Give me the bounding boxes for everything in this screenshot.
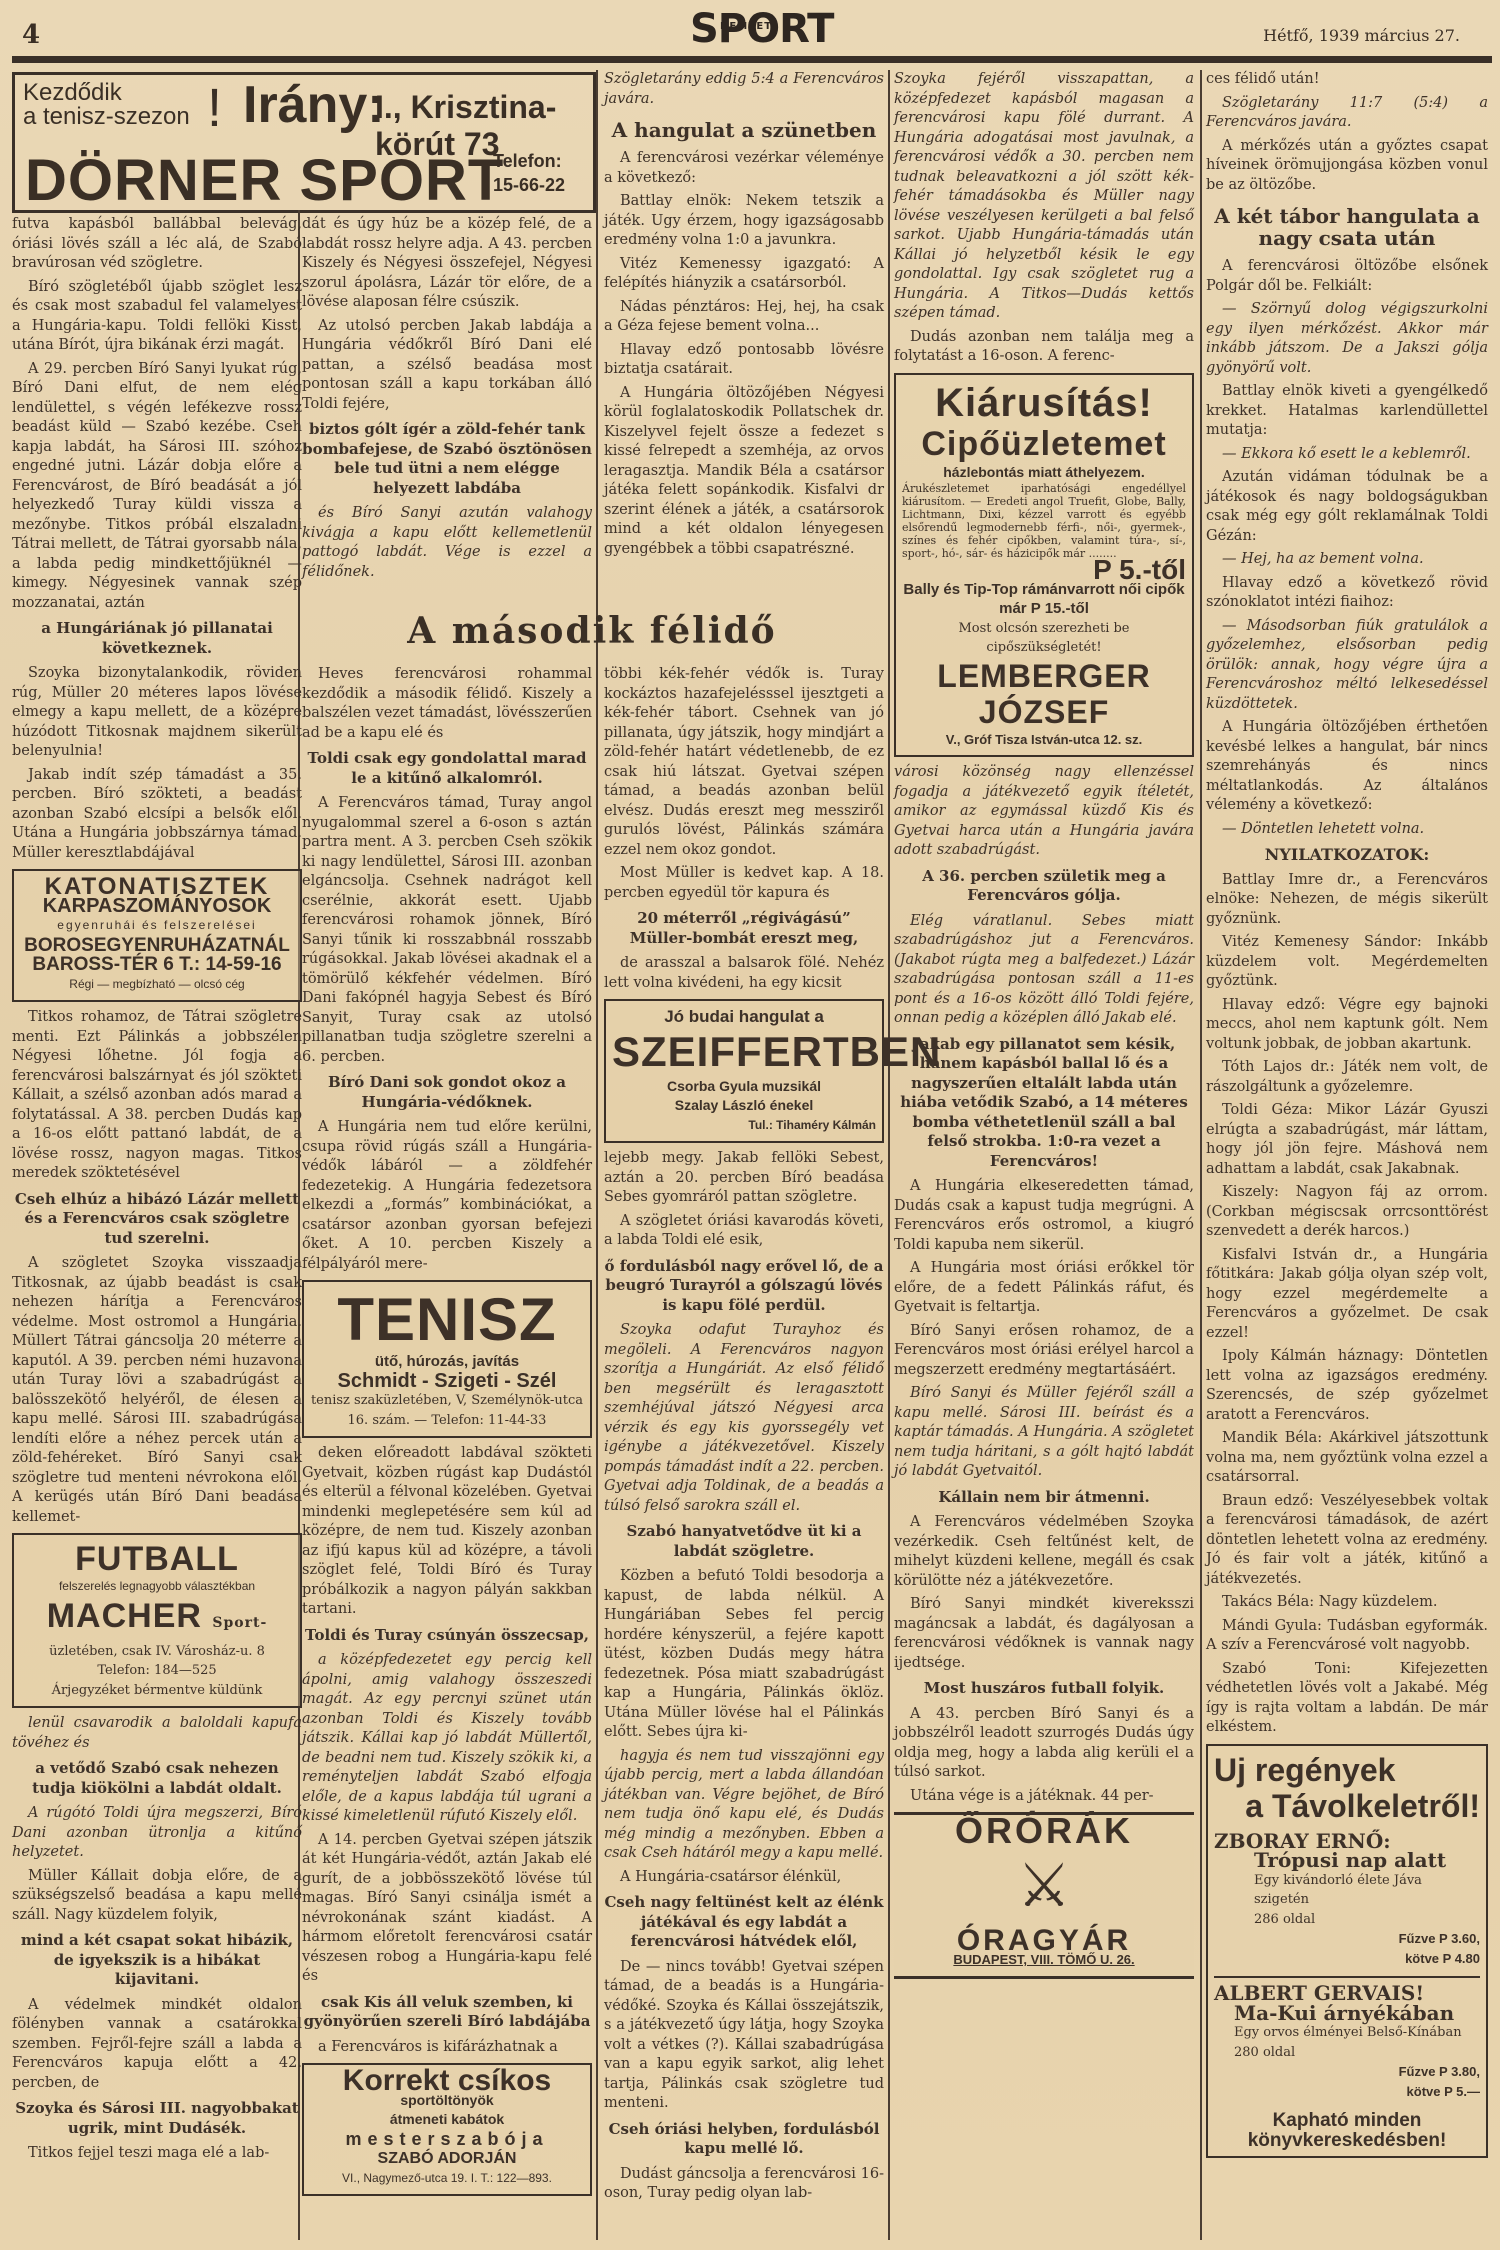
paragraph: A Hungária öltözőjében Négyesi körül fog… — [604, 384, 884, 560]
paragraph: Szögletarány 11:7 (5:4) a Ferencváros ja… — [1206, 94, 1488, 133]
ad-line: felszerelés legnagyobb választékban — [20, 1577, 294, 1597]
paragraph: Nádas pénztáros: Hej, hej, ha csak a Géz… — [604, 298, 884, 337]
ad-line: TENISZ — [310, 1288, 584, 1352]
paragraph: A 43. percben Bíró Sanyi és a jobbszélrő… — [894, 1705, 1194, 1783]
column-3-bottom: többi kék-fehér védők is. Turay kockázto… — [604, 665, 884, 2208]
paragraph: Mandik Béla: Akárkivel játszottunk volna… — [1206, 1429, 1488, 1488]
ad-line: KATONATISZTEK — [20, 877, 294, 897]
ad-books-tavolkelet: Uj regények a Távolkeletről! ZBORAY ERNŐ… — [1206, 1744, 1488, 2159]
paragraph: Braun edző: Veszélyesebbek voltak a fere… — [1206, 1492, 1488, 1590]
subhead: a vetődő Szabó csak nehezen tudja kiököl… — [12, 1759, 302, 1798]
subhead: NYILATKOZATOK: — [1206, 845, 1488, 865]
column-2-bottom: Heves ferencvárosi rohammal kezdődik a m… — [302, 665, 592, 2202]
paragraph: Most Müller is kedvet kap. A 18. percben… — [604, 864, 884, 903]
column-2-top: dát és úgy húz be a közép felé, de a lab… — [302, 215, 592, 586]
subhead: a Hungáriának jó pillanatai következnek. — [12, 619, 302, 658]
ad-line: ALBERT GERVAIS! — [1214, 1976, 1480, 2004]
paragraph: Szabó Toni: Kifejezetten védhetetlen löv… — [1206, 1660, 1488, 1738]
paragraph: Ipoly Kálmán háznagy: Döntetlen lett vol… — [1206, 1347, 1488, 1425]
ad-line: Egy orvos élményei Belső-Kínában — [1214, 2023, 1480, 2043]
ad-line: tenisz szaküzletében, V, Személynök-utca… — [310, 1391, 584, 1430]
paragraph: A ferencvárosi öltözőbe elsőnek Polgár d… — [1206, 257, 1488, 296]
newspaper-logo: NEMZETI SPORT — [690, 2, 810, 56]
paragraph: Szoyka odafut Turayhoz és megöleli. A Fe… — [604, 1321, 884, 1516]
issue-date: Hétfő, 1939 március 27. — [1263, 26, 1460, 45]
paragraph: A Hungária elkeseredetten támad, Dudás c… — [894, 1177, 1194, 1255]
ad-tenisz-schmidt: TENISZ ütő, húrozás, javítás Schmidt - S… — [302, 1280, 592, 1438]
ad-line: 286 oldal — [1214, 1910, 1480, 1930]
ad-line: Cipőüzletemet — [902, 425, 1186, 463]
subhead: Toldi csak egy gondolattal marad le a ki… — [302, 749, 592, 788]
ad-line: V., Gróf Tisza István-utca 12. sz. — [902, 730, 1186, 750]
subhead: Most huszáros futball folyik. — [894, 1679, 1194, 1699]
headline-second-half: A második félidő — [302, 610, 882, 652]
ad-kiarusitas-lemberger: Kiárusítás! Cipőüzletemet házlebontás mi… — [894, 373, 1194, 758]
subhead: Cseh nagy feltünést kelt az élénk játéká… — [604, 1893, 884, 1952]
ad-line: Schmidt - Szigeti - Szél — [310, 1372, 584, 1392]
ad-dorner-sport: Kezdődika tenisz-szezon ! Irány: I., Kri… — [12, 72, 596, 213]
guard-figure-icon: ⚔ — [900, 1841, 1188, 1931]
ad-line: ütő, húrozás, javítás — [310, 1352, 584, 1372]
ad-line: Csorba Gyula muzsikál — [612, 1077, 876, 1097]
ad-line: VI., Nagymező-utca 19. I. T.: 122—893. — [310, 2169, 584, 2189]
paragraph: Hlavay edző a következő rövid szónoklato… — [1206, 574, 1488, 613]
paragraph: Bíró Sanyi erősen rohamoz, de a Ferencvá… — [894, 1322, 1194, 1381]
ad-ororak: ŐRÓRÁK ⚔ ÓRAGYÁR BUDAPEST, VIII. TÖMŐ U.… — [894, 1812, 1194, 1979]
ad-dorner-telephone: Telefon:15-66-22 — [493, 149, 565, 197]
ad-line: BOROSEGYENRUHÁZATNÁL — [20, 936, 294, 956]
paragraph: városi közönség nagy ellenzéssel fogadja… — [894, 763, 1194, 861]
column-3-top: Szögletarány eddig 5:4 a Ferencváros jav… — [604, 70, 884, 563]
paragraph: Heves ferencvárosi rohammal kezdődik a m… — [302, 665, 592, 743]
paragraph: A Hungária-csatársor élénkül, — [604, 1868, 884, 1888]
paragraph: A Ferencváros támad, Turay angol nyugalo… — [302, 794, 592, 1067]
subhead: Toldi és Turay csúnyán összecsap, — [302, 1626, 592, 1646]
paragraph: A védelmek mindkét oldalon fölényben van… — [12, 1996, 302, 2094]
logo-prefix: NEMZETI — [720, 0, 777, 54]
ad-line: Most olcsón szerezheti be cipőszükséglet… — [902, 619, 1186, 658]
paragraph: Vitéz Kemenesy Sándor: Inkább küzdelem v… — [1206, 933, 1488, 992]
paragraph: Jakab indít szép támadást a 35. percben.… — [12, 766, 302, 864]
paragraph: és Bíró Sanyi azután valahogy kivágja a … — [302, 504, 592, 582]
paragraph: A ferencvárosi vezérkar véleménye a köve… — [604, 149, 884, 188]
paragraph: — Hej, ha az bement volna. — [1206, 550, 1488, 570]
ad-price: Fűzve P 3.60, — [1214, 1929, 1480, 1949]
paragraph: Elég váratlanul. Sebes miatt szabadrúgás… — [894, 912, 1194, 1029]
ad-line: Tul.: Tihaméry Kálmán — [612, 1116, 876, 1136]
subhead: Bíró Dani sok gondot okoz a Hungária-véd… — [302, 1073, 592, 1112]
paragraph: Dudás azonban nem találja meg a folytatá… — [894, 328, 1194, 367]
paragraph: A szögletet óriási kavarodás követi, a l… — [604, 1212, 884, 1251]
paragraph: Battlay elnök kiveti a gyengélkedő krekk… — [1206, 382, 1488, 441]
paragraph: Közben a befutó Toldi besodorja a kapust… — [604, 1567, 884, 1743]
paragraph: Bíró Sanyi mindkét kivereksszi magáncsak… — [894, 1595, 1194, 1673]
paragraph: — Döntetlen lehetett volna. — [1206, 820, 1488, 840]
paragraph: Szoyka bizonytalankodik, röviden rúg, Mü… — [12, 664, 302, 762]
paragraph: A 29. percben Bíró Sanyi lyukat rúg, Bír… — [12, 360, 302, 614]
ad-line: SZABÓ ADORJÁN — [310, 2149, 584, 2169]
ad-line: FUTBALL — [20, 1541, 294, 1577]
subhead: biztos gólt ígér a zöld-fehér tank bomba… — [302, 420, 592, 498]
ad-line: Telefon: 184—525 — [20, 1661, 294, 1681]
paragraph: Hlavay edző: Végre egy bajnoki meccs, ah… — [1206, 996, 1488, 1055]
paragraph: A Ferencváros védelmében Szoyka vezérked… — [894, 1513, 1194, 1591]
masthead: 4 NEMZETI SPORT Hétfő, 1939 március 27. — [0, 0, 1500, 70]
paragraph: Szoyka fejéről visszapattan, a középfede… — [894, 70, 1194, 324]
paragraph: A Hungária most óriási erőkkel tör előre… — [894, 1259, 1194, 1318]
paragraph: — Ekkora kő esett le a keblemről. — [1206, 445, 1488, 465]
subhead: Cseh elhúz a hibázó Lázár mellett és a F… — [12, 1190, 302, 1249]
subhead: ő fordulásból nagy erővel lő, de a beugr… — [604, 1257, 884, 1316]
ad-line: mesterszabója — [310, 2130, 584, 2150]
paragraph: De — nincs tovább! Gyetvai szépen támad,… — [604, 1958, 884, 2114]
ad-line: Korrekt csíkos — [310, 2071, 584, 2091]
paragraph: hagyja és nem tud visszajönni egy újabb … — [604, 1747, 884, 1864]
paragraph: Müller Kállait dobja előre, de a szükség… — [12, 1867, 302, 1926]
paragraph: Battlay elnök: Nekem tetszik a játék. Ug… — [604, 192, 884, 251]
ad-boros-uniform: KATONATISZTEK KARPASZOMÁNYOSOK egyenruhá… — [12, 869, 302, 1002]
subhead: A 36. percben születik meg a Ferencváros… — [894, 867, 1194, 906]
column-divider — [1200, 70, 1202, 2240]
ad-price: P 5.-től — [902, 560, 1186, 580]
ad-dorner-brand: DÖRNER SPORT — [25, 147, 504, 214]
column-1: futva kapásból ballábbal belevág, óriási… — [12, 215, 302, 2168]
paragraph: Titkos rohamoz, de Tátrai szögletre ment… — [12, 1008, 302, 1184]
ad-line: átmeneti kabátok — [310, 2110, 584, 2130]
ad-macher-futball: FUTBALL felszerelés legnagyobb választék… — [12, 1533, 302, 1708]
paragraph: Utána vége is a játéknak. 44 per- — [894, 1787, 1194, 1807]
ad-line: BUDAPEST, VIII. TÖMŐ U. 26. — [900, 1950, 1188, 1970]
paragraph: a Ferencváros is kifárázhatnak a — [302, 2038, 592, 2058]
ad-szeiffert: Jó budai hangulat a SZEIFFERTBEN Csorba … — [604, 999, 884, 1143]
column-5: ces félidő után! Szögletarány 11:7 (5:4)… — [1206, 70, 1488, 2164]
ad-price: kötve P 5.— — [1214, 2082, 1480, 2102]
article-heading: A két tábor hangulata a nagy csata után — [1206, 205, 1488, 249]
paragraph: Hlavay edző pontosabb lövésre biztatja c… — [604, 341, 884, 380]
paragraph: A Hungária nem tud előre kerülni, csupa … — [302, 1118, 592, 1274]
paragraph: Battlay Imre dr., a Ferencváros elnöke: … — [1206, 871, 1488, 930]
ad-line: üzletében, csak IV. Városház-u. 8 — [20, 1642, 294, 1662]
ad-price: kötve P 4.80 — [1214, 1949, 1480, 1969]
paragraph: Toldi Géza: Mikor Lázár Gyuszi elrúgta a… — [1206, 1101, 1488, 1179]
paragraph: dát és úgy húz be a közép felé, de a lab… — [302, 215, 592, 313]
subhead: Jakab egy pillanatot sem késik, hanem ka… — [894, 1035, 1194, 1172]
ad-line: LEMBERGER JÓZSEF — [902, 658, 1186, 730]
paragraph: A szögletet Szoyka visszaadja Titkosnak,… — [12, 1254, 302, 1527]
column-4: Szoyka fejéről visszapattan, a középfede… — [894, 70, 1194, 1985]
subhead: mind a két csapat sokat hibázik, de igye… — [12, 1931, 302, 1990]
paragraph: lenül csavarodik a baloldali kapufa tövé… — [12, 1714, 302, 1753]
ad-line: Árukészletemet iparhatósági engedéllyel … — [902, 482, 1186, 560]
paragraph: A 14. percben Gyetvai szépen játszik át … — [302, 1831, 592, 1987]
ad-dorner-line: Kezdődika tenisz-szezon — [23, 81, 190, 129]
paragraph: Kiszely: Nagyon fáj az orrom. (Corkban m… — [1206, 1183, 1488, 1242]
subhead: 20 méterről „régivágású” Müller-bombát e… — [604, 909, 884, 948]
paragraph: A rúgótó Toldi újra megszerzi, Bíró Dani… — [12, 1804, 302, 1863]
ad-line: Kapható minden könyvkereskedésben! — [1214, 2111, 1480, 2150]
subhead: Kállain nem bir átmenni. — [894, 1488, 1194, 1508]
subhead: Szoyka és Sárosi III. nagyobbakat ugrik,… — [12, 2099, 302, 2138]
ad-line: Uj regények — [1214, 1752, 1480, 1788]
ad-line: Árjegyzéket bérmentve küldünk — [20, 1681, 294, 1701]
paragraph: — Másodsorban fiúk gratulálok a győzelem… — [1206, 617, 1488, 715]
paragraph: — Szörnyű dolog végigszurkolni egy ilyen… — [1206, 300, 1488, 378]
paragraph: Dudást gáncsolja a ferencvárosi 16-oson,… — [604, 2165, 884, 2204]
ad-line: egyenruhái és felszerelései — [20, 916, 294, 936]
ad-line: Kiárusítás! — [902, 381, 1186, 425]
ad-line: Trópusi nap alatt — [1214, 1851, 1480, 1871]
paragraph: Az utolsó percben Jakab labdája a Hungár… — [302, 317, 592, 415]
ad-line: a Távolkeletről! — [1214, 1788, 1480, 1824]
paragraph: A mérkőzés után a győztes csapat híveine… — [1206, 137, 1488, 196]
ad-line: MACHER Sport- — [20, 1597, 294, 1642]
subhead: Szabó hanyatvetődve üt ki a labdát szögl… — [604, 1522, 884, 1561]
paragraph: Vitéz Kemenessy igazgató: A felépítés hi… — [604, 255, 884, 294]
newspaper-page: 4 NEMZETI SPORT Hétfő, 1939 március 27. … — [0, 0, 1500, 2250]
ad-dorner-exclaim: ! — [207, 77, 222, 139]
ad-line: Jó budai hangulat a — [612, 1007, 876, 1027]
paragraph: Szögletarány eddig 5:4 a Ferencváros jav… — [604, 70, 884, 109]
paragraph: deken előreadott labdával szökteti Gyetv… — [302, 1444, 592, 1620]
paragraph: Bíró szögletéből újabb szöglet lesz és c… — [12, 278, 302, 356]
ad-korrekt-csikos: Korrekt csíkos sportöltönyök átmeneti ka… — [302, 2063, 592, 2196]
ad-price: Fűzve P 3.80, — [1214, 2062, 1480, 2082]
subhead: csak Kis áll veluk szemben, ki gyönyörűe… — [302, 1993, 592, 2032]
column-divider — [888, 70, 890, 2240]
paragraph: ces félidő után! — [1206, 70, 1488, 90]
ad-line: KARPASZOMÁNYOSOK — [20, 897, 294, 917]
paragraph: Bíró Sanyi és Müller fejéről száll a kap… — [894, 1384, 1194, 1482]
paragraph: Azután vidáman tódulnak be a játékosok é… — [1206, 468, 1488, 546]
ad-line: 280 oldal — [1214, 2043, 1480, 2063]
paragraph: Kisfalvi István dr., a Hungária főtitkár… — [1206, 1246, 1488, 1344]
ad-line: Régi — megbízható — olcsó cég — [20, 975, 294, 995]
paragraph: de arasszal a balsarok fölé. Nehéz lett … — [604, 954, 884, 993]
paragraph: Mándi Gyula: Tudásban egyformák. A szív … — [1206, 1617, 1488, 1656]
ad-line: Bally és Tip-Top rámánvarrott női cipők … — [902, 580, 1186, 619]
paragraph: a középfedezetet egy percig kell ápolni,… — [302, 1651, 592, 1827]
ad-line: házlebontás miatt áthelyezem. — [902, 463, 1186, 483]
paragraph: többi kék-fehér védők is. Turay kockázto… — [604, 665, 884, 860]
ad-line: ÓRAGYÁR — [900, 1931, 1188, 1951]
article-heading: A hangulat a szünetben — [604, 119, 884, 141]
paragraph: Titkos fejjel teszi maga elé a lab- — [12, 2144, 302, 2164]
column-divider — [596, 70, 598, 2240]
ad-line: BAROSS-TÉR 6 T.: 14-59-16 — [20, 955, 294, 975]
paragraph: A Hungária öltözőjében érthetően kevésbé… — [1206, 718, 1488, 816]
subhead: Cseh óriási helyben, fordulásból kapu me… — [604, 2120, 884, 2159]
ad-line: Ma-Kui árnyékában — [1214, 2004, 1480, 2024]
ad-line: ŐRÓRÁK — [900, 1821, 1188, 1841]
paragraph: Takács Béla: Nagy küzdelem. — [1206, 1593, 1488, 1613]
ad-dorner-irany: Irány: — [243, 75, 385, 135]
top-rule — [12, 56, 1492, 63]
paragraph: lejebb megy. Jakab fellöki Sebest, aztán… — [604, 1149, 884, 1208]
ad-line: Egy kivándorló élete Jáva szigetén — [1214, 1871, 1480, 1910]
ad-line: Szalay László énekel — [612, 1096, 876, 1116]
paragraph: futva kapásból ballábbal belevág, óriási… — [12, 215, 302, 274]
ad-line: SZEIFFERTBEN — [612, 1027, 876, 1077]
paragraph: Tóth Lajos dr.: Játék nem volt, de rászo… — [1206, 1058, 1488, 1097]
page-number: 4 — [22, 20, 40, 50]
